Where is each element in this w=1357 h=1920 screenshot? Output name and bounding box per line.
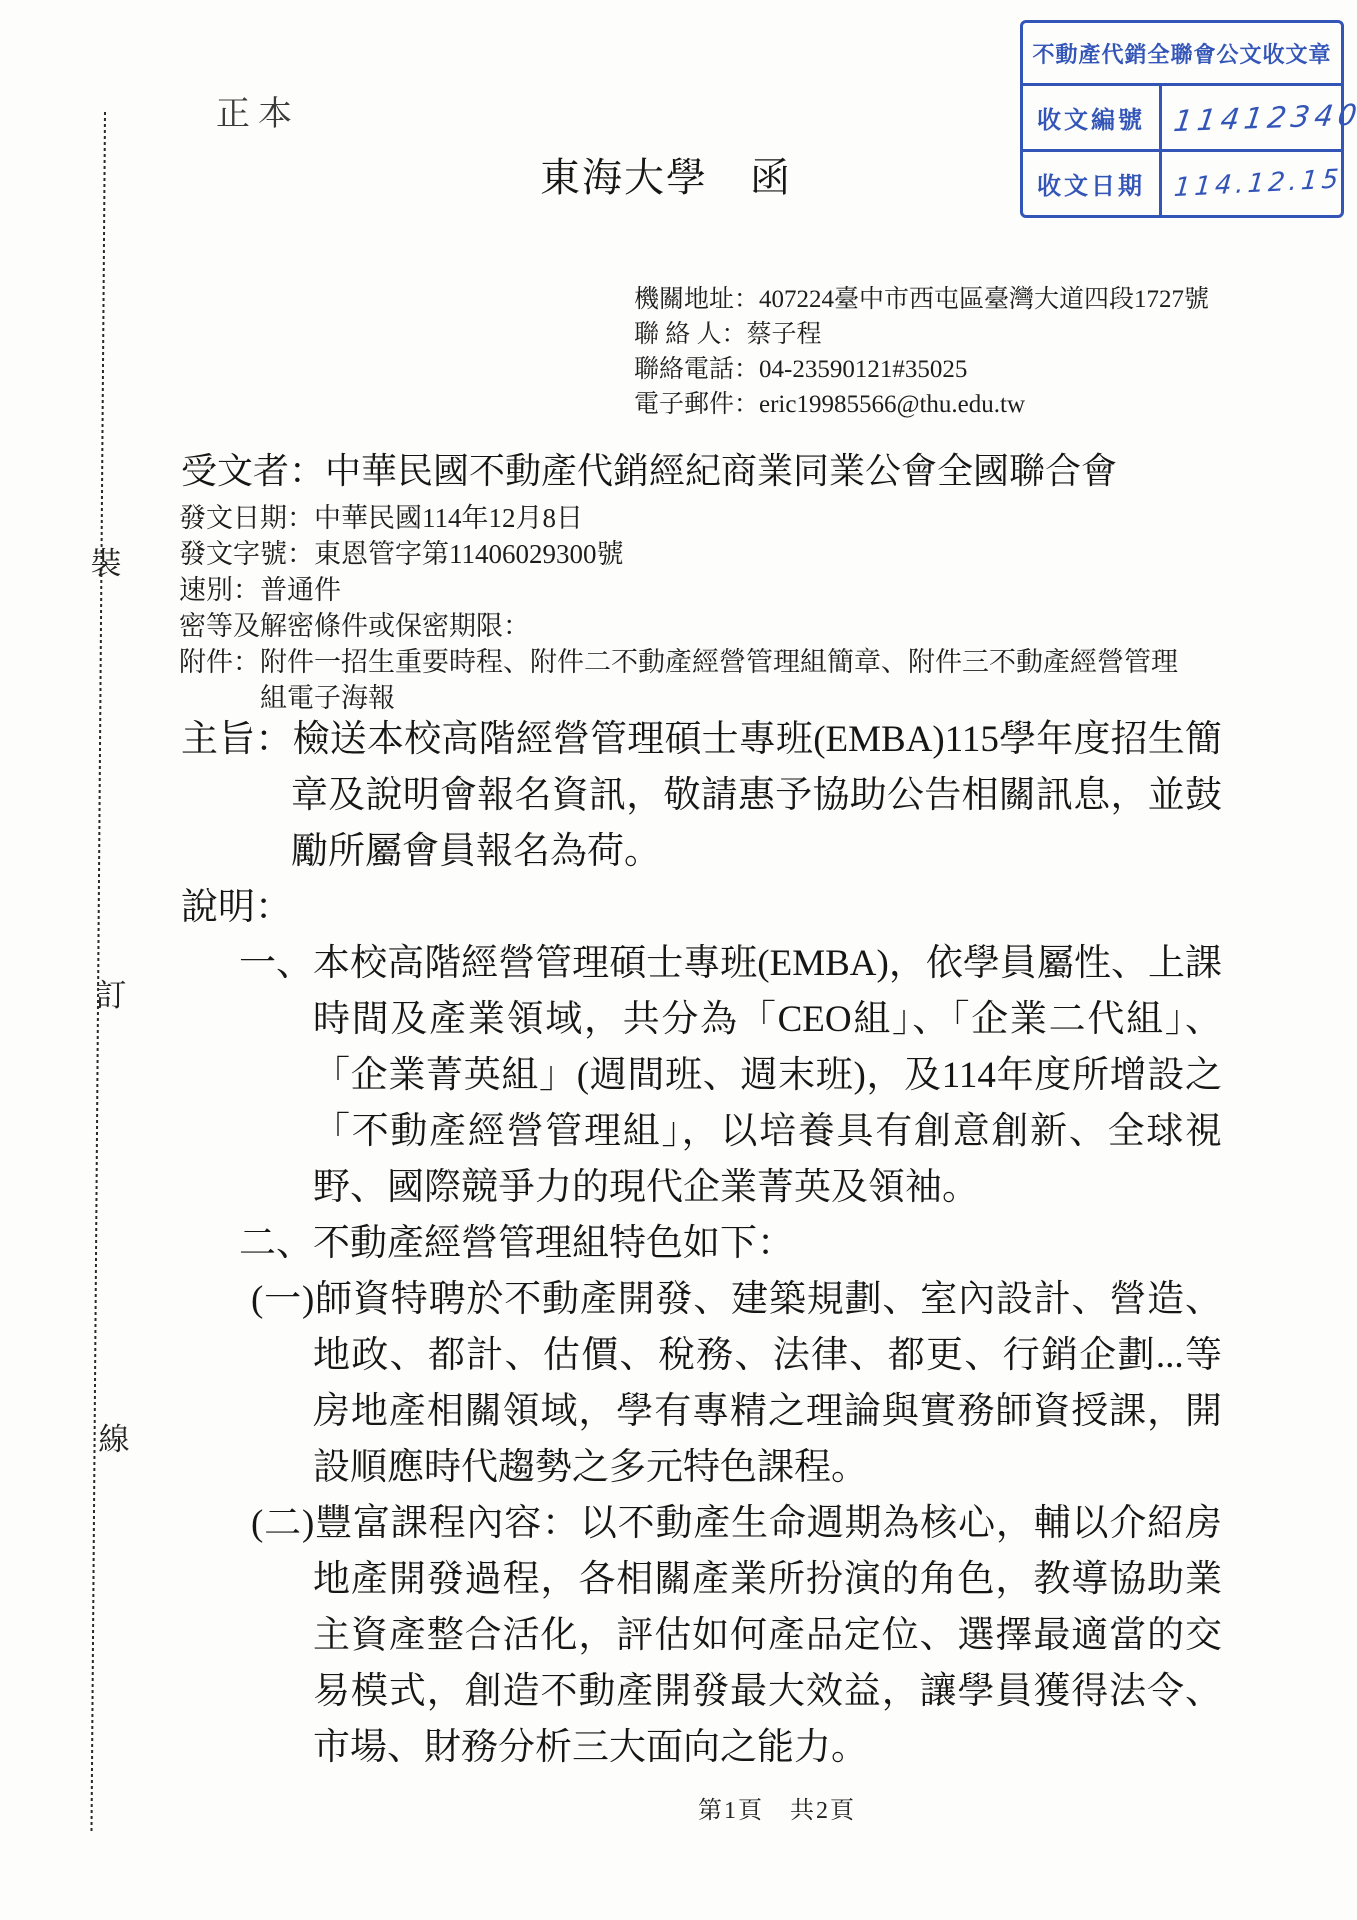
stamp-date-value-handwritten: 114.12.15 [1159,147,1345,220]
subject-paragraph: 主旨：檢送本校高階經營管理碩士專班(EMBA)115學年度招生簡章及說明會報名資… [181,712,1222,880]
meta-label: 密等及解密條件或保密期限： [179,611,530,641]
binding-mark-ding: 訂 [91,970,131,1015]
item-text: 不動產經營管理組特色如下： [313,1223,794,1264]
copy-type-label: 正本 [216,86,300,135]
meta-label: 發文字號： [179,539,314,569]
meta-text: 普通件 [260,575,341,605]
sender-contact-person-line: 聯 絡 人：蔡子程 [634,317,1209,352]
meta-text: 東恩管字第11406029300號 [314,539,624,569]
subject-label: 主旨： [181,719,293,760]
body-item-1: 一、本校高階經營管理碩士專班(EMBA)，依學員屬性、上課時間及產業領域，共分為… [181,936,1222,1216]
stamp-row-date: 收文日期 114.12.15 [1023,152,1341,215]
recipient-value: 中華民國不動產代銷經紀商業同業公會全國聯合會 [325,451,1117,491]
recipient-line: 受文者：中華民國不動產代銷經紀商業同業公會全國聯合會 [181,443,1117,494]
explanation-heading: 說明： [181,880,1222,936]
binding-mark-zhuang: 裝 [86,538,126,583]
meta-label: 速別： [179,575,260,605]
item-number: 一、 [239,943,313,984]
sub-item-number: (一) [251,1279,314,1320]
body-sub-item-2: (二)豐富課程內容：以不動產生命週期為核心，輔以介紹房地產開發過程，各相關產業所… [181,1496,1222,1776]
sender-phone-line: 聯絡電話：04-23590121#35025 [634,352,1209,387]
meta-text: 附件一招生重要時程、附件二不動產經營管理組簡章、附件三不動產經營管理組電子海報 [260,647,1178,713]
receipt-stamp: 不動產代銷全聯會公文收文章 收文編號 11412340 收文日期 114.12.… [1020,20,1344,218]
item-text: 本校高階經營管理碩士專班(EMBA)，依學員屬性、上課時間及產業領域，共分為「C… [313,943,1222,1208]
body-item-2: 二、不動產經營管理組特色如下： [181,1216,1222,1272]
page-footer: 第1頁 共2頁 [698,1790,856,1825]
binding-mark-xian: 線 [94,1414,134,1459]
body-sub-item-1: (一)師資特聘於不動產開發、建築規劃、室內設計、營造、地政、都計、估價、稅務、法… [181,1272,1222,1496]
recipient-label: 受文者： [181,451,325,491]
meta-security-class: 密等及解密條件或保密期限： [179,608,1189,644]
item-number: 二、 [239,1223,313,1264]
document-title: 東海大學 函 [540,146,792,203]
meta-block: 發文日期：中華民國114年12月8日 發文字號：東恩管字第11406029300… [179,500,1189,716]
document-page: 裝 訂 線 正本 東海大學 函 不動產代銷全聯會公文收文章 收文編號 11412… [0,0,1357,1920]
meta-label: 附件： [179,647,260,677]
stamp-number-value-handwritten: 11412340 [1158,82,1357,152]
stamp-title: 不動產代銷全聯會公文收文章 [1023,23,1341,86]
letter-body: 主旨：檢送本校高階經營管理碩士專班(EMBA)115學年度招生簡章及說明會報名資… [181,712,1222,1776]
stamp-row-number: 收文編號 11412340 [1023,86,1341,152]
meta-attachments: 附件：附件一招生重要時程、附件二不動產經營管理組簡章、附件三不動產經營管理組電子… [179,644,1189,716]
stamp-date-label: 收文日期 [1023,152,1162,215]
sender-address-line: 機關地址：407224臺中市西屯區臺灣大道四段1727號 [634,282,1209,317]
meta-text: 中華民國114年12月8日 [314,503,583,533]
sub-item-number: (二) [251,1503,314,1544]
meta-issue-date: 發文日期：中華民國114年12月8日 [179,500,1189,536]
meta-doc-number: 發文字號：東恩管字第11406029300號 [179,536,1189,572]
meta-speed-class: 速別：普通件 [179,572,1189,608]
stamp-number-label: 收文編號 [1023,86,1162,149]
sender-contact-block: 機關地址：407224臺中市西屯區臺灣大道四段1727號 聯 絡 人：蔡子程 聯… [634,282,1209,422]
sub-item-text: 師資特聘於不動產開發、建築規劃、室內設計、營造、地政、都計、估價、稅務、法律、都… [313,1279,1222,1488]
meta-label: 發文日期： [179,503,314,533]
sub-item-text: 豐富課程內容：以不動產生命週期為核心，輔以介紹房地產開發過程，各相關產業所扮演的… [313,1503,1222,1768]
subject-text: 檢送本校高階經營管理碩士專班(EMBA)115學年度招生簡章及說明會報名資訊，敬… [291,719,1222,872]
sender-email-line: 電子郵件：eric19985566@thu.edu.tw [634,387,1209,422]
